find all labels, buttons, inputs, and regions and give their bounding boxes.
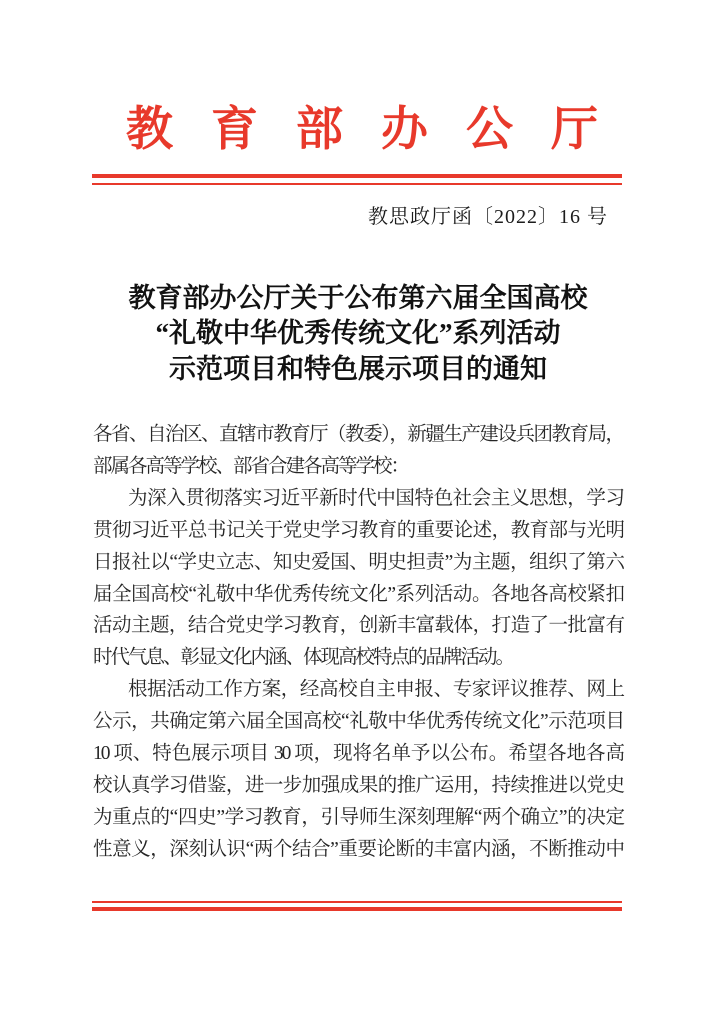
letterhead-rule-thick	[92, 174, 622, 178]
document-number: 教思政厅函〔2022〕16 号	[93, 204, 608, 230]
letterhead-issuer: 教育部办公厅	[126, 104, 636, 156]
title-line-3: 示范项目和特色展示项目的通知	[93, 352, 623, 387]
body-line: 性意义，深刻认识“两个结合”重要论断的丰富内涵，不断推动中	[93, 834, 623, 866]
body-line: 贯彻习近平总书记关于党史学习教育的重要论述，教育部与光明	[93, 515, 623, 547]
document-title: 教育部办公厅关于公布第六届全国高校 “礼敬中华优秀传统文化”系列活动 示范项目和…	[93, 281, 623, 387]
document-page: 教育部办公厅 教思政厅函〔2022〕16 号 教育部办公厅关于公布第六届全国高校…	[0, 0, 713, 1012]
footer-rule-thick	[92, 907, 622, 911]
body-line: 根据活动工作方案，经高校自主申报、专家评议推荐、网上	[93, 674, 623, 706]
body-line: 公示，共确定第六届全国高校“礼敬中华优秀传统文化”示范项目	[93, 706, 623, 738]
title-line-1: 教育部办公厅关于公布第六届全国高校	[93, 281, 623, 316]
body-line: 日报社以“学史立志、知史爱国、明史担责”为主题，组织了第六	[93, 547, 623, 579]
body-line: 为重点的“四史”学习教育，引导师生深刻理解“两个确立”的决定	[93, 802, 623, 834]
body-line: 校认真学习借鉴，进一步加强成果的推广运用，持续推进以党史	[93, 770, 623, 802]
body-line: 活动主题，结合党史学习教育，创新丰富载体，打造了一批富有	[93, 610, 623, 642]
letterhead-rule-thin	[92, 183, 622, 185]
body-line: 各省、自治区、直辖市教育厅（教委），新疆生产建设兵团教育局，	[93, 419, 623, 451]
footer-rule-thin	[92, 901, 622, 903]
document-body: 各省、自治区、直辖市教育厅（教委），新疆生产建设兵团教育局， 部属各高等学校、部…	[93, 419, 623, 866]
body-line: 时代气息、彰显文化内涵、体现高校特点的品牌活动。	[93, 642, 623, 674]
body-line: 10 项、特色展示项目 30 项，现将名单予以公布。希望各地各高	[93, 738, 623, 770]
body-line: 部属各高等学校、部省合建各高等学校：	[93, 451, 623, 483]
body-line: 届全国高校“礼敬中华优秀传统文化”系列活动。各地各高校紧扣	[93, 579, 623, 611]
body-line: 为深入贯彻落实习近平新时代中国特色社会主义思想，学习	[93, 483, 623, 515]
title-line-2: “礼敬中华优秀传统文化”系列活动	[93, 316, 623, 351]
